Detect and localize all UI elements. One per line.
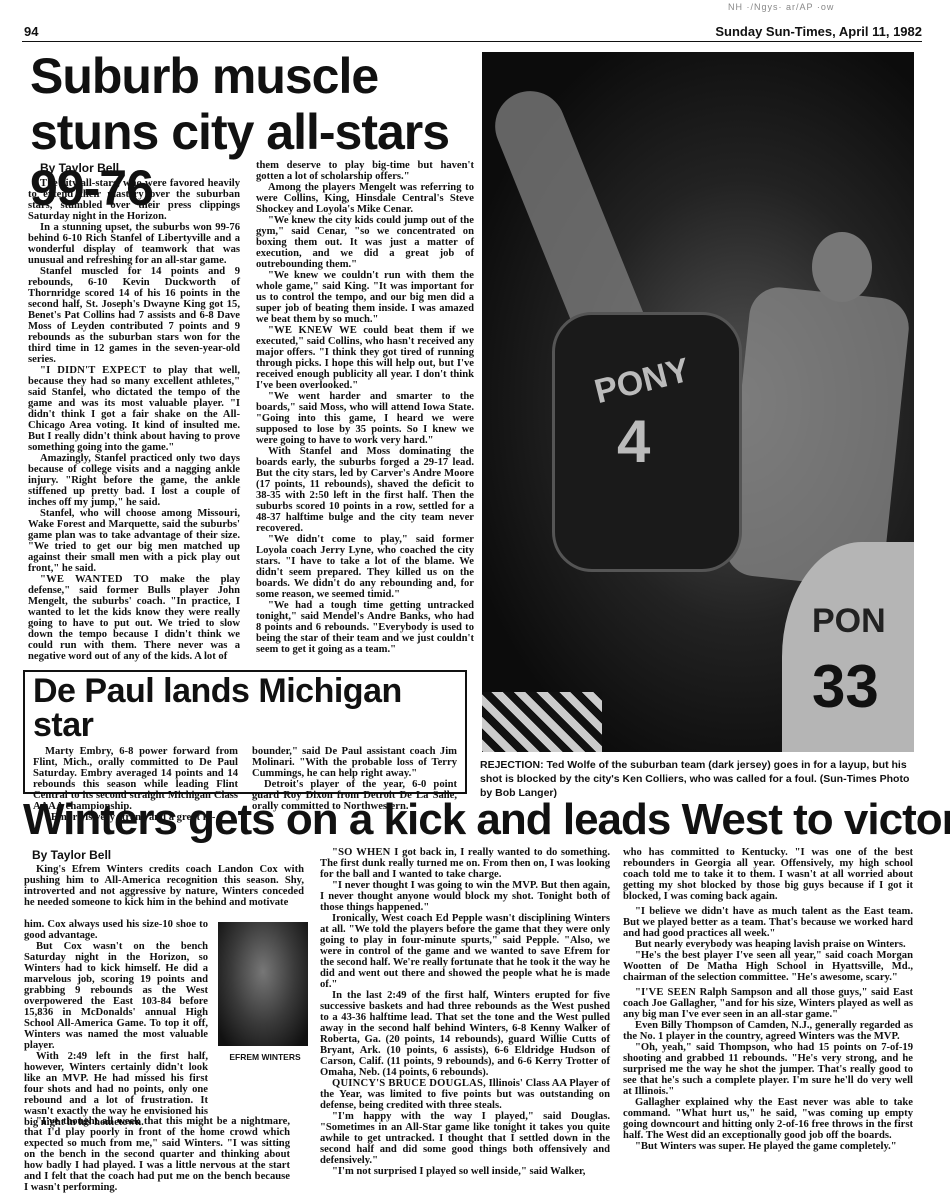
paragraph-text: "I believe we didn't have as much talent… [623, 906, 913, 939]
winters-photo-caption: EFREM WINTERS [222, 1052, 308, 1062]
paragraph: "I've thought all week that this might b… [24, 1116, 290, 1193]
story3-column-1-narrow: him. Cox always used his size-10 shoe to… [24, 919, 208, 1128]
paragraph-text: Even Billy Thompson of Camden, N.J., gen… [623, 1020, 913, 1042]
paragraph: Ironically, West coach Ed Pepple wasn't … [320, 913, 610, 990]
depaul-story-box: De Paul lands Michigan star Marty Embry,… [23, 670, 467, 794]
paragraph: "I never thought I was going to win the … [320, 880, 610, 913]
story1-column-1: The city all-stars, who were favored hea… [28, 178, 240, 662]
paragraph-lead: QUINCY'S BRUCE DOUGLAS, [332, 1078, 486, 1089]
paragraph-text: "I'm not surprised I played so well insi… [332, 1166, 585, 1177]
paragraph: In the last 2:49 of the first half, Wint… [320, 990, 610, 1078]
paragraph: QUINCY'S BRUCE DOUGLAS, Illinois' Class … [320, 1078, 610, 1111]
paragraph-text: to play that well, because they had so m… [28, 365, 240, 453]
paragraph: Even Billy Thompson of Camden, N.J., gen… [623, 1020, 913, 1042]
paragraph-text: "We went harder and smarter to the board… [256, 391, 474, 446]
paragraph: But nearly everybody was heaping lavish … [623, 939, 913, 950]
paragraph: "I'm not surprised I played so well insi… [320, 1166, 610, 1177]
paragraph: The city all-stars, who were favored hea… [28, 178, 240, 222]
story3-column-3: who has committed to Kentucky. "I was on… [623, 847, 913, 1152]
paragraph-text: Stanfel muscled for 14 points and 9 rebo… [28, 266, 240, 365]
paragraph: "WE WANTED TO make the play defense," sa… [28, 574, 240, 662]
masthead-noise: NH ·/Ngys· ar/AP ·ow [728, 2, 834, 12]
paragraph-text: "But Winters was super. He played the ga… [635, 1141, 897, 1152]
paragraph: "I DIDN'T EXPECT to play that well, beca… [28, 365, 240, 453]
photo-caption: REJECTION: Ted Wolfe of the suburban tea… [480, 758, 917, 800]
paragraph-text: But nearly everybody was heaping lavish … [635, 939, 906, 950]
paragraph-lead: "I'VE SEEN [635, 987, 696, 998]
paragraph: "We had a tough time getting untracked t… [256, 600, 474, 655]
paragraph-text: Among the players Mengelt was referring … [256, 182, 474, 215]
paragraph-lead: "I DIDN'T EXPECT [40, 365, 146, 376]
paragraph-text: In a stunning upset, the suburbs won 99-… [28, 222, 240, 266]
top-rule [22, 41, 922, 42]
paragraph: "SO WHEN I got back in, I really wanted … [320, 847, 610, 880]
paragraph: bounder," said De Paul assistant coach J… [252, 746, 457, 779]
paragraph-text: Amazingly, Stanfel practiced only two da… [28, 453, 240, 508]
story3-byline: By Taylor Bell [32, 848, 111, 862]
paragraph: Gallagher explained why the East never w… [623, 1097, 913, 1141]
paragraph-text: King's Efrem Winters credits coach Lando… [24, 864, 304, 908]
paragraph-text: who has committed to Kentucky. "I was on… [623, 847, 913, 902]
paragraph: "I'm happy with the way I played," said … [320, 1111, 610, 1166]
page-number: 94 [24, 24, 38, 39]
paragraph-text: "Oh, yeah," said Thompson, who had 15 po… [623, 1042, 913, 1097]
player-head [812, 232, 872, 302]
paragraph: King's Efrem Winters credits coach Lando… [24, 864, 304, 908]
referee-stripes [482, 692, 602, 752]
paragraph-text: make the play defense," said former Bull… [28, 574, 240, 662]
paragraph-lead: "WE WANTED TO [40, 574, 149, 585]
paragraph-text: In the last 2:49 of the first half, Wint… [320, 990, 610, 1078]
paragraph: "We went harder and smarter to the board… [256, 391, 474, 446]
story2-headline: De Paul lands Michigan star [33, 674, 457, 742]
paragraph-text: "We had a tough time getting untracked t… [256, 600, 474, 655]
paragraph: "WE KNEW WE could beat them if we execut… [256, 325, 474, 391]
paragraph-text: But Cox wasn't on the bench Saturday nig… [24, 941, 208, 1051]
jersey-number-dark: 4 [617, 407, 650, 476]
paragraph: Stanfel muscled for 14 points and 9 rebo… [28, 266, 240, 365]
paragraph: "I believe we didn't have as much talent… [623, 906, 913, 939]
paragraph-text: "I've thought all week that this might b… [24, 1116, 290, 1193]
paragraph-text: "He's the best player I've seen all year… [623, 950, 913, 983]
story3-column-1-bottom: "I've thought all week that this might b… [24, 1116, 290, 1193]
paragraph: "But Winters was super. He played the ga… [623, 1141, 913, 1152]
paragraph: "I'VE SEEN Ralph Sampson and all those g… [623, 987, 913, 1020]
paragraph-text: "We knew the city kids could jump out of… [256, 215, 474, 270]
paper-date: Sunday Sun-Times, April 11, 1982 [715, 24, 922, 39]
paragraph-text: Stanfel, who will choose among Missouri,… [28, 508, 240, 574]
story1-column-2: them deserve to play big-time but haven'… [256, 160, 474, 655]
paragraph-text: "I never thought I was going to win the … [320, 880, 610, 913]
paragraph: "We knew we couldn't run with them the w… [256, 270, 474, 325]
paragraph: "Oh, yeah," said Thompson, who had 15 po… [623, 1042, 913, 1097]
story1-byline: By Taylor Bell [40, 161, 119, 175]
paragraph: them deserve to play big-time but haven'… [256, 160, 474, 182]
story3-headline: Winters gets on a kick and leads West to… [23, 796, 933, 844]
paragraph: But Cox wasn't on the bench Saturday nig… [24, 941, 208, 1051]
paragraph-text: bounder," said De Paul assistant coach J… [252, 746, 457, 779]
paragraph-lead: "SO WHEN I [332, 847, 399, 858]
paragraph-text: them deserve to play big-time but haven'… [256, 160, 474, 182]
winters-photo [218, 922, 308, 1046]
paragraph: "We didn't come to play," said former Lo… [256, 534, 474, 600]
paragraph-text: Ironically, West coach Ed Pepple wasn't … [320, 913, 610, 990]
paragraph: who has committed to Kentucky. "I was on… [623, 847, 913, 902]
paragraph: In a stunning upset, the suburbs won 99-… [28, 222, 240, 266]
jersey-text-light: PON [812, 602, 886, 641]
story3-column-1-wide: King's Efrem Winters credits coach Lando… [24, 864, 304, 908]
paragraph-text: "I'm happy with the way I played," said … [320, 1111, 610, 1166]
paragraph: him. Cox always used his size-10 shoe to… [24, 919, 208, 941]
paragraph-text: With Stanfel and Moss dominating the boa… [256, 446, 474, 534]
story3-column-2: "SO WHEN I got back in, I really wanted … [320, 847, 610, 1177]
paragraph: "We knew the city kids could jump out of… [256, 215, 474, 270]
paragraph: Amazingly, Stanfel practiced only two da… [28, 453, 240, 508]
game-photo: PONY 4 PON 33 [482, 52, 914, 752]
paragraph: "He's the best player I've seen all year… [623, 950, 913, 983]
paragraph-lead: "WE KNEW WE [268, 325, 357, 336]
paragraph: Stanfel, who will choose among Missouri,… [28, 508, 240, 574]
paragraph-text: "We didn't come to play," said former Lo… [256, 534, 474, 600]
paragraph: With Stanfel and Moss dominating the boa… [256, 446, 474, 534]
paragraph: Among the players Mengelt was referring … [256, 182, 474, 215]
jersey-number-light: 33 [812, 652, 879, 721]
paragraph-text: Gallagher explained why the East never w… [623, 1097, 913, 1141]
paragraph-text: The city all-stars, who were favored hea… [28, 178, 240, 222]
paragraph-text: "We knew we couldn't run with them the w… [256, 270, 474, 325]
paragraph-text: him. Cox always used his size-10 shoe to… [24, 919, 208, 941]
